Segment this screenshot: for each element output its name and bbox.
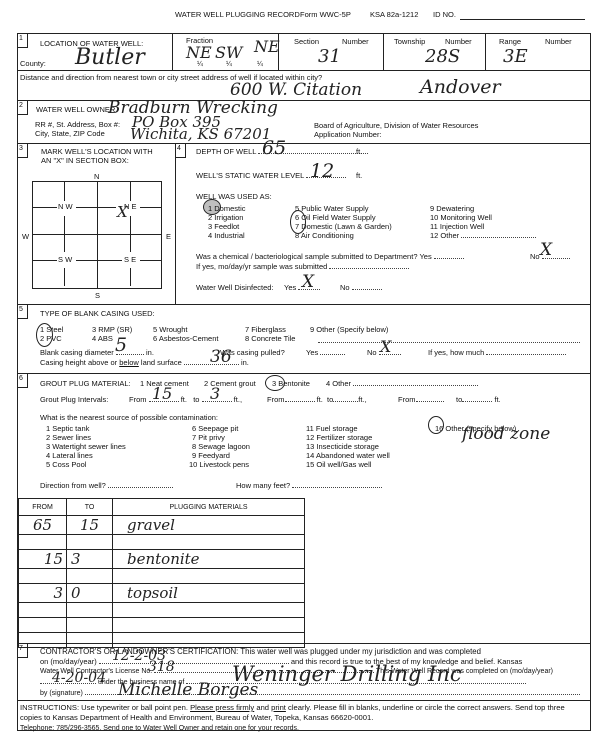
quarter-2: ¼ [226, 61, 232, 68]
direction-label: Direction from well? [40, 482, 173, 490]
county-value[interactable]: Butler [75, 45, 145, 70]
grout-option-3-circle [265, 375, 285, 391]
contam-1[interactable]: 1 Septic tank [46, 425, 89, 433]
range-value[interactable]: 3E [503, 46, 528, 67]
use-12[interactable]: 12 Other [430, 232, 536, 240]
contam-3[interactable]: 3 Watertight sewer lines [46, 443, 126, 451]
row-3-material[interactable]: bentonite [113, 550, 305, 569]
section-value[interactable]: 31 [318, 46, 341, 67]
diameter-value[interactable]: 5 [115, 334, 127, 356]
address-label: RR #, St. Address, Box #: [35, 121, 120, 129]
owner-label: WATER WELL OWNER [36, 106, 115, 114]
license-value[interactable]: 318 [148, 659, 175, 675]
instructions: INSTRUCTIONS: Use typewriter or ball poi… [20, 703, 586, 734]
business-value[interactable]: Weninger Drilling Inc [232, 662, 462, 686]
col-materials: PLUGGING MATERIALS [113, 499, 305, 516]
interval-1[interactable]: From ft. to ft., [129, 396, 242, 404]
section-7-number: 7 [17, 643, 28, 658]
contamination-label: What is the nearest source of possible c… [40, 414, 218, 422]
sample-question: Was a chemical / bacteriological sample … [196, 253, 464, 261]
contam-7[interactable]: 7 Pit privy [192, 434, 225, 442]
quadrant-nw: N W [58, 203, 73, 211]
id-field[interactable] [460, 19, 585, 20]
row-1-material[interactable]: gravel [113, 516, 305, 535]
table-row [19, 633, 305, 648]
use-3[interactable]: 3 Feedlot [208, 223, 239, 231]
contam-other-value[interactable]: flood zone [462, 424, 550, 444]
use-9[interactable]: 9 Dewatering [430, 205, 474, 213]
contam-2[interactable]: 2 Sewer lines [46, 434, 91, 442]
fraction-1[interactable]: NE [186, 43, 212, 62]
row-5-to[interactable]: 0 [67, 584, 113, 603]
table-row: 30topsoil [19, 584, 305, 603]
contam-10[interactable]: 10 Livestock pens [189, 461, 249, 469]
form-number: Form WWC-5P [300, 11, 351, 19]
section-5-number: 5 [17, 304, 28, 319]
table-row: 6515gravel [19, 516, 305, 535]
row-1-to[interactable]: 15 [67, 516, 113, 535]
row-5-from[interactable]: 3 [19, 584, 67, 603]
casing-6[interactable]: 6 Asbestos-Cement [153, 335, 218, 343]
use-2[interactable]: 2 Irrigation [208, 214, 243, 222]
row-5-material[interactable]: topsoil [113, 584, 305, 603]
contam-8[interactable]: 8 Sewage lagoon [192, 443, 250, 451]
compass-s: S [95, 292, 100, 300]
town-value[interactable]: Andover [420, 76, 501, 98]
use-7-circle [290, 210, 306, 234]
section-6-number: 6 [17, 373, 28, 388]
section-number-label: Number [342, 38, 369, 46]
row-1-from[interactable]: 65 [19, 516, 67, 535]
use-11[interactable]: 11 Injection Well [430, 223, 484, 231]
township-label: Township [394, 38, 425, 46]
use-10[interactable]: 10 Monitoring Well [430, 214, 492, 222]
county-label: County: [20, 60, 46, 68]
application-label: Application Number: [314, 131, 382, 139]
static-ft: ft. [356, 172, 362, 180]
interval-2[interactable]: From ft. toft., [267, 396, 367, 404]
signature-value[interactable]: Michelle Borges [118, 680, 258, 700]
col-from: FROM [19, 499, 67, 516]
grout-option-4[interactable]: 4 Other [326, 380, 478, 388]
table-row [19, 535, 305, 550]
interval-1-to[interactable]: 3 [210, 384, 220, 403]
casing-other-field[interactable] [318, 342, 580, 343]
contam-15[interactable]: 15 Oil well/Gas well [306, 461, 371, 469]
casing-8[interactable]: 8 Concrete Tile [245, 335, 295, 343]
disinfected-yes-mark[interactable]: X [302, 272, 314, 292]
section-label: Section [294, 38, 319, 46]
disinfected-no[interactable]: No [340, 284, 382, 292]
form-title: WATER WELL PLUGGING RECORD [175, 11, 300, 19]
interval-3[interactable]: From to ft. [398, 396, 501, 404]
id-label: ID NO. [433, 11, 456, 19]
feet-label: How many feet? [236, 482, 382, 490]
contam-5[interactable]: 5 Coss Pool [46, 461, 86, 469]
fraction-2[interactable]: SW [215, 43, 242, 62]
contam-14[interactable]: 14 Abandoned water well [306, 452, 390, 460]
row-3-to[interactable]: 3 [67, 550, 113, 569]
table-row: 153bentonite [19, 550, 305, 569]
section-3-number: 3 [17, 143, 28, 158]
section-3-title-1: MARK WELL'S LOCATION WITH [41, 148, 153, 156]
record-completed-value[interactable]: 4-20-04 [52, 670, 106, 686]
col-to: TO [67, 499, 113, 516]
interval-1-from[interactable]: 15 [152, 384, 172, 403]
quarter-3: ¼ [257, 61, 263, 68]
use-5[interactable]: 5 Public Water Supply [295, 205, 369, 213]
how-much-label: If yes, how much [428, 349, 566, 357]
city-label: City, State, ZIP Code [35, 130, 105, 138]
distance-value[interactable]: 600 W. Citation [230, 80, 362, 100]
section-3-title-2: AN "X" IN SECTION BOX: [41, 157, 129, 165]
table-row [19, 569, 305, 584]
quadrant-sw: S W [58, 256, 72, 264]
contam-16-circle [428, 416, 444, 434]
board-label: Board of Agriculture, Division of Water … [314, 122, 478, 130]
casing-7[interactable]: 7 Fiberglass [245, 326, 286, 334]
table-row [19, 603, 305, 618]
pulled-no-mark[interactable]: X [380, 337, 391, 356]
depth-value[interactable]: 65 [262, 137, 286, 159]
range-number-label: Number [545, 38, 572, 46]
casing-3[interactable]: 3 RMP (SR) [92, 326, 132, 334]
row-3-from[interactable]: 15 [19, 550, 67, 569]
casing-4[interactable]: 4 ABS [92, 335, 113, 343]
contam-11[interactable]: 11 Fuel storage [306, 425, 358, 433]
casing-9[interactable]: 9 Other (Specify below) [310, 326, 388, 334]
township-value[interactable]: 28S [425, 46, 460, 67]
quarter-1: ¼ [197, 61, 203, 68]
city-value[interactable]: Wichita, KS 67201 [130, 125, 271, 143]
depth-ft: ft. [356, 148, 362, 156]
static-value[interactable]: 12 [310, 160, 334, 182]
casing-5[interactable]: 5 Wrought [153, 326, 187, 334]
casing-2-circle [36, 323, 53, 347]
sample-date-label: If yes, mo/day/yr sample was submitted [196, 263, 409, 271]
table-row [19, 618, 305, 633]
use-8[interactable]: 8 Air Conditioning [295, 232, 354, 240]
intervals-label: Grout Plug Intervals: [40, 396, 108, 404]
compass-w: W [22, 233, 29, 241]
contam-13[interactable]: 13 Insecticide storage [306, 443, 379, 451]
section-1-number: 1 [17, 33, 28, 48]
plugging-table: FROM TO PLUGGING MATERIALS 6515gravel 15… [18, 498, 305, 648]
use-4[interactable]: 4 Industrial [208, 232, 245, 240]
section-4-number: 4 [175, 143, 186, 158]
statute: KSA 82a-1212 [370, 11, 418, 19]
compass-n: N [94, 173, 99, 181]
diameter-label: Blank casing diameter in. [40, 349, 154, 357]
section-2-number: 2 [17, 100, 28, 115]
cert-line-1: CONTRACTOR'S OR LANDOWNER'S CERTIFICATIO… [40, 648, 481, 656]
contam-9[interactable]: 9 Feedyard [192, 452, 230, 460]
range-label: Range [499, 38, 521, 46]
quadrant-se: S E [124, 256, 136, 264]
use-1-circle [203, 199, 221, 215]
pulled-yes[interactable]: Yes [306, 349, 345, 357]
casing-title: TYPE OF BLANK CASING USED: [40, 310, 155, 318]
disinfected-label: Water Well Disinfected: [196, 284, 274, 292]
contam-12[interactable]: 12 Fertilizer storage [306, 434, 372, 442]
contam-6[interactable]: 6 Seepage pit [192, 425, 238, 433]
township-number-label: Number [445, 38, 472, 46]
grout-label: GROUT PLUG MATERIAL: [40, 380, 131, 388]
use-7[interactable]: 7 Domestic (Lawn & Garden) [295, 223, 392, 231]
compass-e: E [166, 233, 171, 241]
location-mark[interactable]: X [117, 203, 128, 221]
contam-4[interactable]: 4 Lateral lines [46, 452, 93, 460]
fraction-3[interactable]: NE [254, 37, 280, 56]
use-6[interactable]: 6 Oil Field Water Supply [295, 214, 376, 222]
sample-no-mark[interactable]: X [540, 240, 552, 260]
height-value[interactable]: 36 [210, 347, 232, 367]
